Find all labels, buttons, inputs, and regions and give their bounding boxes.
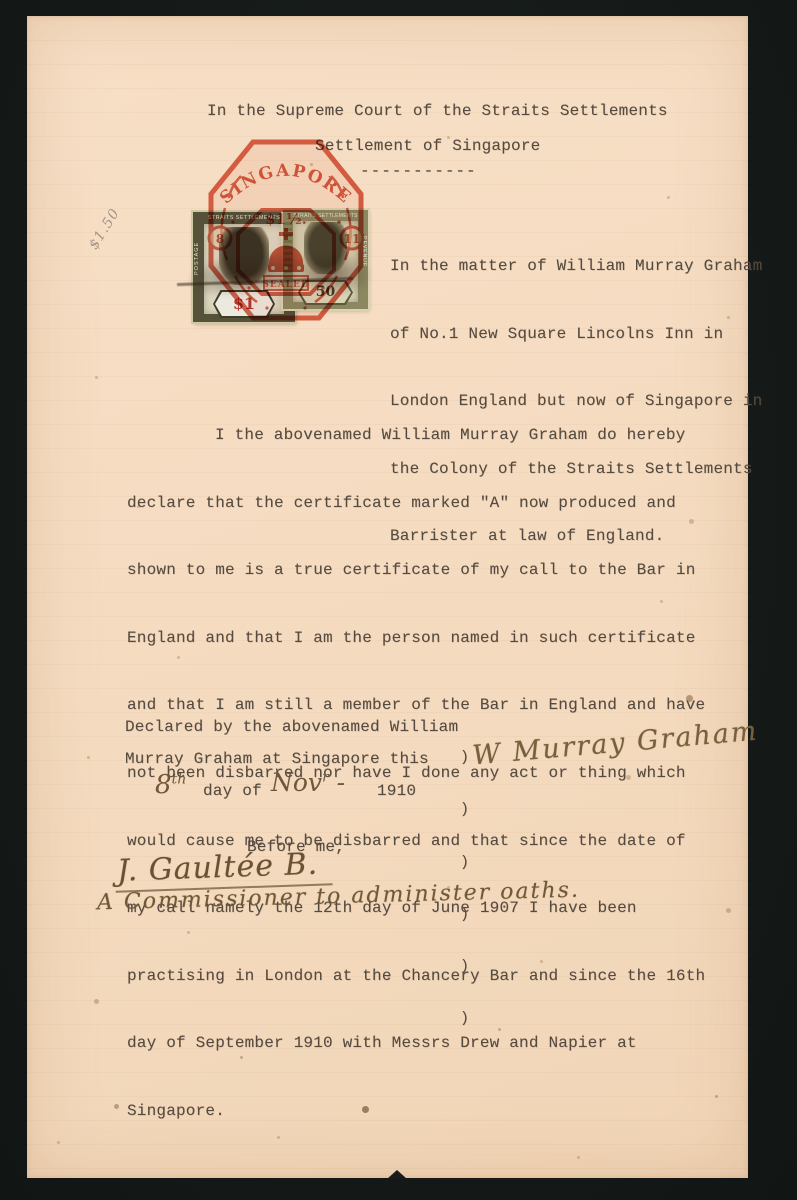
attestation-date-line: 8th day of Novr - 1910 xyxy=(125,772,455,812)
document-paper: In the Supreme Court of the Straits Sett… xyxy=(27,16,748,1178)
declaration-line: declare that the certificate marked "A" … xyxy=(127,488,705,520)
year-label: 1910 xyxy=(377,782,416,800)
day-of-label: day of xyxy=(203,782,262,800)
declaration-line: practising in London at the Chancery Bar… xyxy=(127,961,705,993)
handwritten-day: 8th xyxy=(155,770,187,800)
declaration-line: I the abovenamed William Murray Graham d… xyxy=(127,420,705,452)
declaration-line: shown to me is a true certificate of my … xyxy=(127,555,705,587)
embossed-revenue-stamp: SINGAPORE $1½. xyxy=(205,136,367,324)
paper-edge-notch xyxy=(387,1170,407,1179)
handwritten-month: Novr - xyxy=(271,768,345,797)
declaration-line: day of September 1910 with Messrs Drew a… xyxy=(127,1028,705,1060)
scanned-document-page: In the Supreme Court of the Straits Sett… xyxy=(0,0,797,1200)
court-heading: In the Supreme Court of the Straits Sett… xyxy=(207,102,668,120)
declaration-line: Singapore. xyxy=(127,1096,705,1128)
stamp-cartouche-word: SEALED xyxy=(262,280,309,290)
attestation-line-2: Murray Graham at Singapore this xyxy=(125,750,429,768)
embossed-value-text: $1½. xyxy=(265,210,307,228)
declaration-line: England and that I am the person named i… xyxy=(127,623,705,655)
attestation-line-1: Declared by the abovenamed William xyxy=(125,718,458,736)
foxing-spots xyxy=(27,16,30,19)
matter-line: In the matter of William Murray Graham xyxy=(390,251,762,283)
date-month-numeral: 11 xyxy=(344,232,361,246)
date-day-numeral: 8 xyxy=(216,232,224,246)
divider-dashes: ----------- xyxy=(360,162,477,180)
matter-line: of No.1 New Square Lincolns Inn in xyxy=(390,319,762,351)
pencil-margin-note: $1.50 xyxy=(86,206,123,253)
